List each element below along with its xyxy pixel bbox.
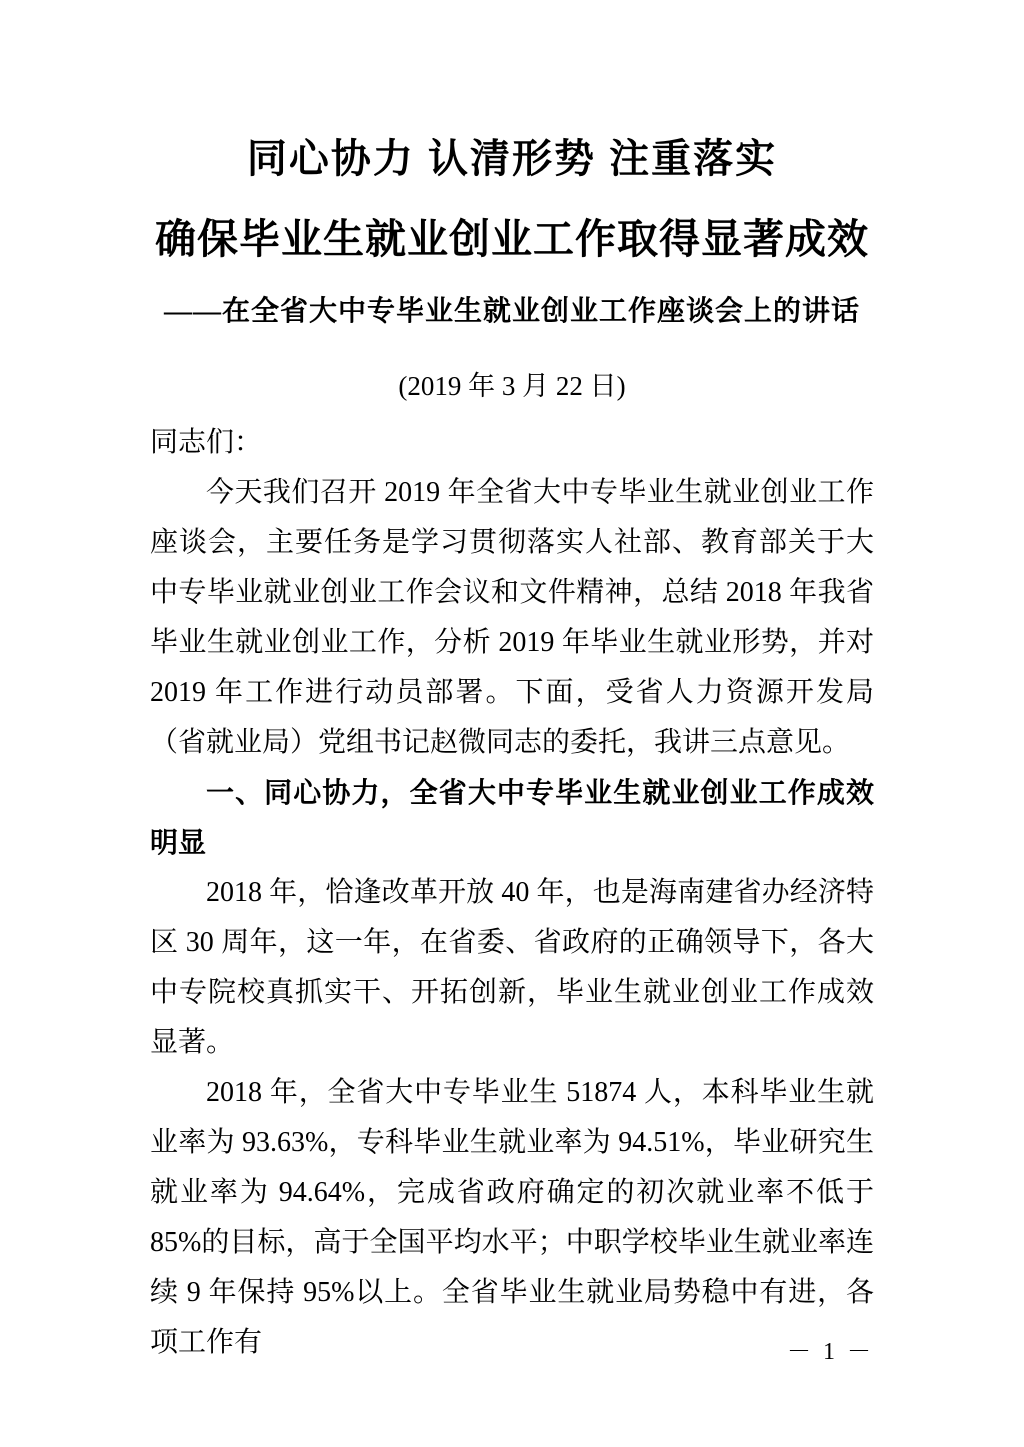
doc-subtitle: ——在全省大中专毕业生就业创业工作座谈会上的讲话	[150, 297, 874, 328]
document-body: 同志们： 今天我们召开 2019 年全省大中专毕业生就业创业工作座谈会，主要任务…	[150, 418, 874, 1368]
doc-date: (2019 年 3 月 22 日)	[150, 372, 874, 402]
section-heading-1: 一、同心协力，全省大中专毕业生就业创业工作成效明显	[150, 768, 874, 868]
document-header: 同心协力 认清形势 注重落实 确保毕业生就业创业工作取得显著成效 ——在全省大中…	[150, 138, 874, 402]
paragraph-intro: 今天我们召开 2019 年全省大中专毕业生就业创业工作座谈会，主要任务是学习贯彻…	[150, 468, 874, 768]
page-number: － 1 －	[787, 1338, 874, 1367]
doc-title-line-1: 同心协力 认清形势 注重落实	[150, 138, 874, 180]
salutation-line: 同志们：	[150, 418, 874, 468]
paragraph-overview: 2018 年，恰逢改革开放 40 年，也是海南建省办经济特区 30 周年，这一年…	[150, 868, 874, 1068]
paragraph-statistics: 2018 年，全省大中专毕业生 51874 人，本科毕业生就业率为 93.63%…	[150, 1068, 874, 1368]
doc-title-line-2: 确保毕业生就业创业工作取得显著成效	[150, 218, 874, 261]
document-page: 同心协力 认清形势 注重落实 确保毕业生就业创业工作取得显著成效 ——在全省大中…	[0, 0, 1024, 1447]
